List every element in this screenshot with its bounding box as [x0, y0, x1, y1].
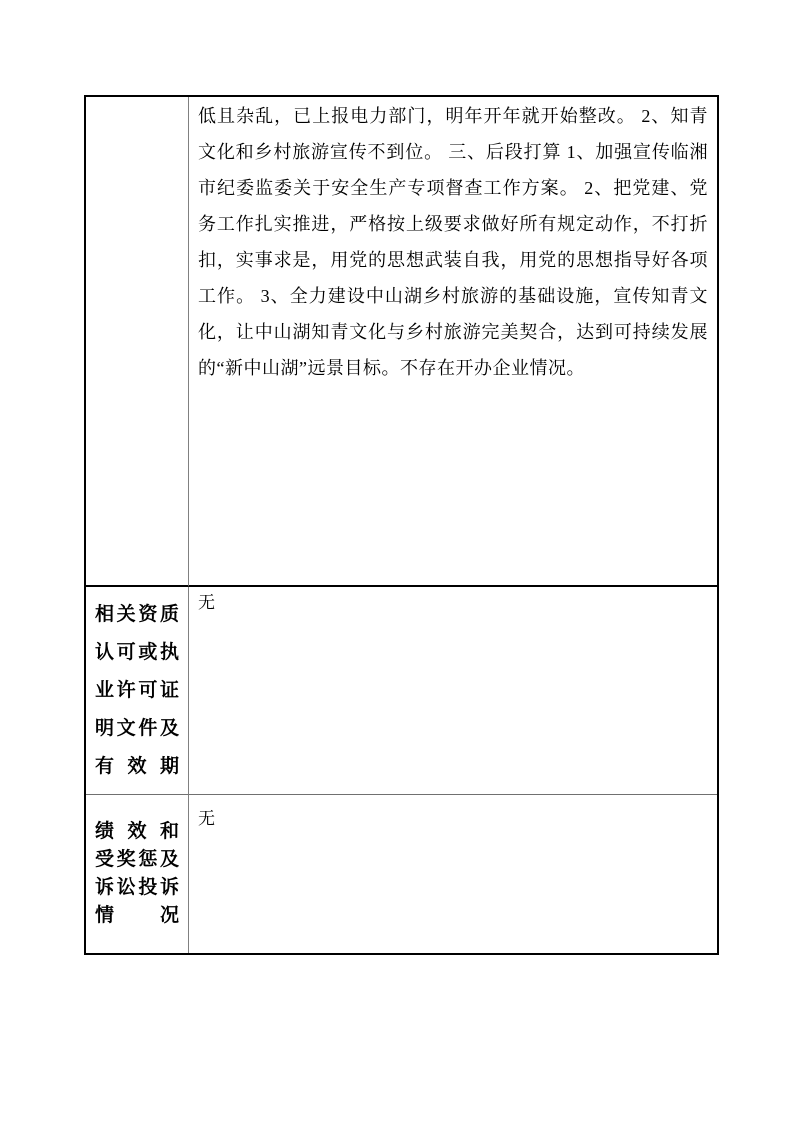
label-line: 受奖惩及: [95, 846, 179, 874]
label-line: 明文件及: [95, 710, 179, 748]
label-line: 有效期: [95, 748, 179, 786]
table-label-cell-performance: 绩效和 受奖惩及 诉讼投诉 情况: [86, 795, 189, 953]
label-line: 业许可证: [95, 672, 179, 710]
label-line: 绩效和: [95, 818, 179, 846]
table-content-cell-qualifications: 无: [189, 587, 717, 795]
label-line: 认可或执: [95, 634, 179, 672]
table-content-cell-performance: 无: [189, 795, 717, 953]
table-content-cell-work-summary: 低且杂乱，已上报电力部门，明年开年就开始整改。 2、知青文化和乡村旅游宣传不到位…: [189, 97, 717, 587]
report-info-table: 低且杂乱，已上报电力部门，明年开年就开始整改。 2、知青文化和乡村旅游宣传不到位…: [84, 95, 719, 955]
document-page: 低且杂乱，已上报电力部门，明年开年就开始整改。 2、知青文化和乡村旅游宣传不到位…: [0, 0, 794, 1122]
label-line: 情况: [95, 902, 179, 930]
qualifications-value: 无: [198, 588, 708, 614]
performance-value: 无: [198, 796, 708, 830]
work-summary-text: 低且杂乱，已上报电力部门，明年开年就开始整改。 2、知青文化和乡村旅游宣传不到位…: [198, 98, 708, 386]
table-label-cell-continued-empty: [86, 97, 189, 587]
label-line: 诉讼投诉: [95, 874, 179, 902]
label-line: 相关资质: [95, 596, 179, 634]
table-label-cell-qualifications: 相关资质 认可或执 业许可证 明文件及 有效期: [86, 587, 189, 795]
